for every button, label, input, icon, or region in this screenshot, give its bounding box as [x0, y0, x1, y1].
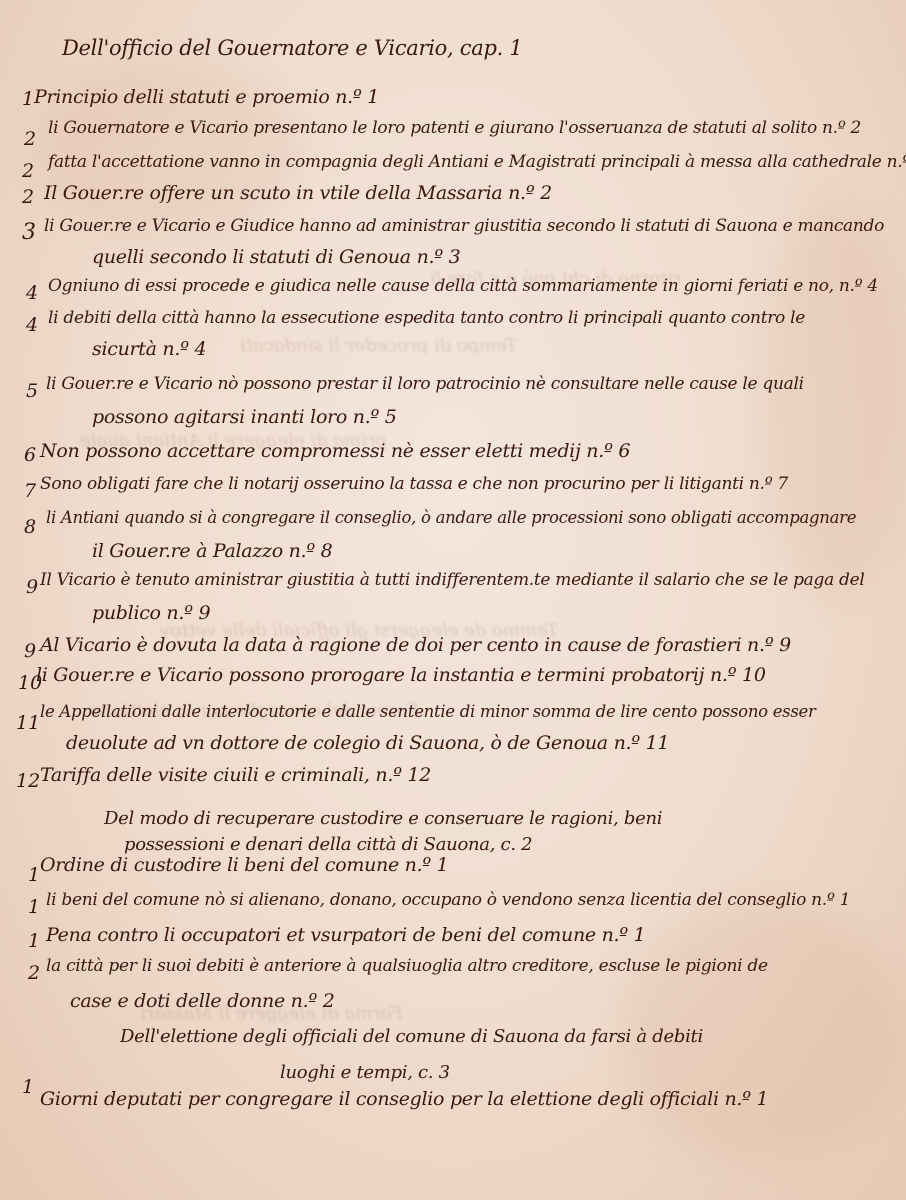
entry-number: 2	[22, 160, 34, 182]
entry-number: 7	[24, 480, 36, 502]
entry-number: 12	[16, 770, 40, 792]
section-heading: Dell'officio del Gouernatore e Vicario, …	[62, 36, 522, 60]
entry-text: Sono obligati fare che li notarij osseru…	[40, 474, 788, 494]
entry-number: 1	[28, 930, 40, 952]
entry-text: fatta l'accettatione vanno in compagnia …	[48, 152, 906, 172]
entry-number: 6	[24, 444, 36, 466]
entry-text: la città per li suoi debiti è anteriore …	[46, 956, 768, 976]
entry-number: 2	[28, 962, 40, 984]
entry-number: 5	[26, 380, 38, 402]
entry-continuation: sicurtà n.º 4	[92, 338, 206, 360]
entry-text: li beni del comune nò si alienano, donan…	[46, 890, 850, 910]
entry-number: 4	[26, 314, 38, 336]
entry-text: Principio delli statuti e proemio n.º 1	[34, 86, 379, 108]
entry-number: 1	[28, 864, 40, 886]
section-heading-continuation: possessioni e denari della città di Sauo…	[124, 834, 532, 855]
entry-text: li Gouer.re e Vicario possono prorogare …	[36, 664, 766, 686]
entry-text: li Gouernatore e Vicario presentano le l…	[48, 118, 861, 138]
entry-number: 9	[24, 640, 36, 662]
entry-number: 8	[24, 516, 36, 538]
entry-number: 2	[22, 186, 34, 208]
section-heading-continuation: luoghi e tempi, c. 3	[280, 1062, 450, 1083]
entry-number: 9	[26, 576, 38, 598]
entry-number: 2	[24, 128, 36, 150]
entry-text: Giorni deputati per congregare il conseg…	[40, 1088, 768, 1110]
entry-text: li Antiani quando si à congregare il con…	[46, 508, 856, 527]
entry-text: li Gouer.re e Vicario nò possono prestar…	[46, 374, 804, 394]
entry-number: 11	[16, 712, 40, 734]
entry-text: Il Gouer.re offere un scuto in vtile del…	[44, 182, 552, 204]
entry-text: Ogniuno di essi procede e giudica nelle …	[48, 276, 878, 296]
entry-number: 1	[22, 88, 34, 110]
entry-number: 4	[26, 282, 38, 304]
entry-continuation: case e doti delle donne n.º 2	[70, 990, 334, 1012]
entry-text: Pena contro li occupatori et vsurpatori …	[46, 924, 645, 946]
entry-number: 3	[22, 220, 36, 245]
entry-continuation: publico n.º 9	[92, 602, 210, 624]
entry-continuation: possono agitarsi inanti loro n.º 5	[92, 406, 397, 428]
entry-continuation: deuolute ad vn dottore de colegio di Sau…	[66, 732, 669, 754]
entry-text: li debiti della città hanno la essecutio…	[48, 308, 805, 328]
section-heading: Del modo di recuperare custodire e conse…	[104, 808, 662, 829]
entry-continuation: quelli secondo li statuti di Genoua n.º …	[92, 246, 460, 268]
section-heading: Dell'elettione degli officiali del comun…	[120, 1026, 703, 1047]
entry-text: Ordine di custodire li beni del comune n…	[40, 854, 448, 876]
entry-text: li Gouer.re e Vicario e Giudice hanno ad…	[44, 216, 884, 236]
entry-number: 1	[22, 1076, 34, 1098]
entry-text: Il Vicario è tenuto aministrar giustitia…	[40, 570, 865, 590]
entry-text: Tariffa delle visite ciuili e criminali,…	[40, 764, 431, 786]
entry-text: le Appellationi dalle interlocutorie e d…	[40, 702, 816, 721]
entry-continuation: il Gouer.re à Palazzo n.º 8	[92, 540, 332, 562]
entry-number: 1	[28, 896, 40, 918]
entry-text: Al Vicario è dovuta la data à ragione de…	[40, 634, 791, 656]
entry-text: Non possono accettare compromessi nè ess…	[40, 440, 630, 462]
